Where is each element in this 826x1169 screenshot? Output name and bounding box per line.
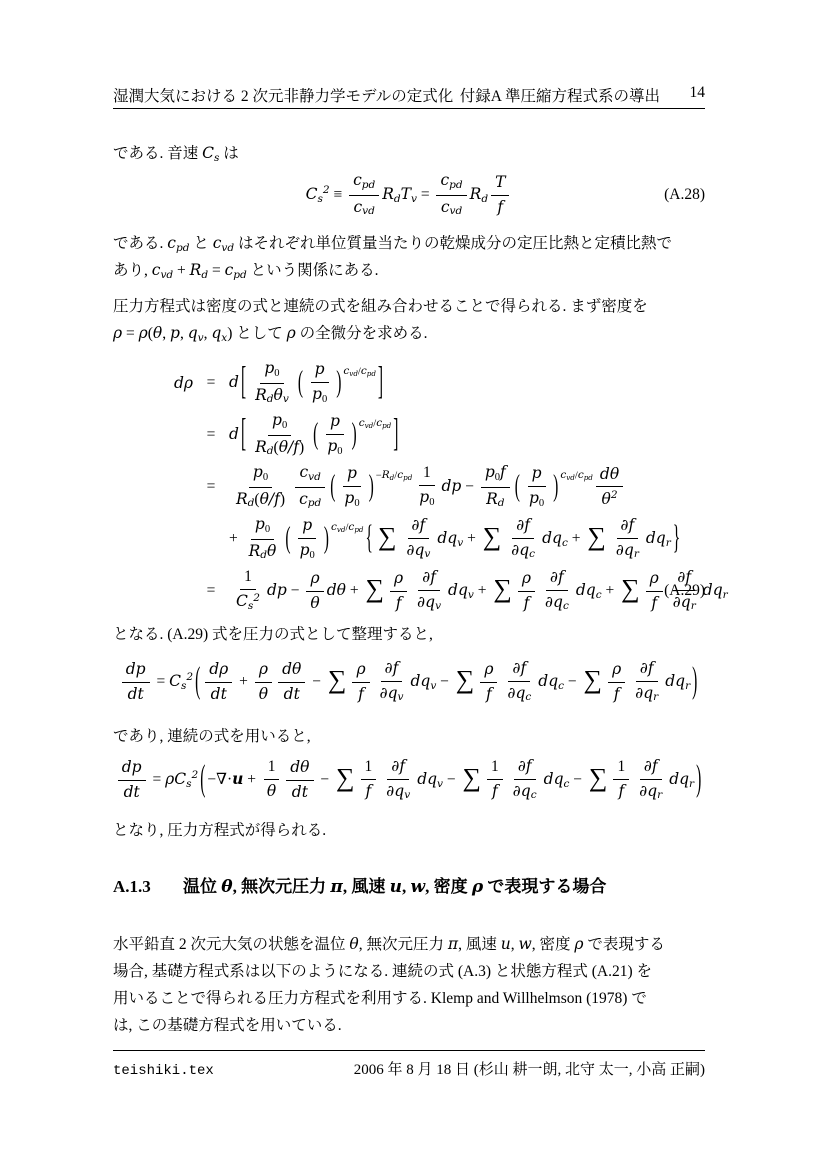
equation-pressure-1-body: dpdt = Cs2(dρdt + ρθdθdt − ∑ρf∂f∂qvdqv −… [119, 659, 700, 705]
paragraph-line: 用いることで得られる圧力方程式を利用する. Klemp and Willhelm… [113, 985, 705, 1012]
page-header: 湿潤大気における 2 次元非静力学モデルの定式化 付録A 準圧縮方程式系の導出 … [113, 84, 705, 109]
equation-relation: = [193, 374, 229, 392]
paragraph-line: あり, cvd + Rd = cpd という関係にある. [113, 257, 705, 284]
equation-rhs: + p0Rdθ(pp0)cvd/cpd{∑∂f∂qvdqv + ∑∂f∂qcdq… [229, 515, 682, 563]
paragraph-conclusion: となり, 圧力方程式が得られる. [113, 817, 705, 844]
equation-rhs: p0Rd(θ/f)cvdcpd(pp0)−Rd/cpd1p0dp − p0fRd… [229, 463, 626, 511]
equation-a29-line-4: + p0Rdθ(pp0)cvd/cpd{∑∂f∂qvdqv + ∑∂f∂qcdq… [113, 513, 705, 565]
equation-pressure-2: dpdt = ρCs2(−∇·u + 1θdθdt − ∑1f∂f∂qvdqv … [113, 748, 705, 812]
paragraph-a29-transition: となる. (A.29) 式を圧力の式として整理すると, [113, 621, 705, 648]
footer-date-authors: 2006 年 8 月 18 日 (杉山 耕一朗, 北守 太一, 小高 正嗣) [354, 1058, 705, 1079]
equation-a29: dρ = d[p0Rdθv(pp0)cvd/cpd] = d[p0Rd(θ/f)… [113, 357, 705, 617]
equation-rhs: 1Cs2dp − ρθdθ + ∑ρf∂f∂qvdqv + ∑ρf∂f∂qcdq… [229, 568, 728, 614]
equation-rhs: d[p0Rdθv(pp0)cvd/cpd] [229, 359, 385, 407]
paragraph-line: である. cpd と cvd はそれぞれ単位質量当たりの乾燥成分の定圧比熱と定積… [113, 230, 705, 257]
footer-filename: teishiki.tex [113, 1063, 214, 1079]
paragraph-line: となる. (A.29) 式を圧力の式として整理すると, [113, 626, 433, 643]
section-number: A.1.3 [113, 877, 151, 896]
paragraph-line: となり, 圧力方程式が得られる. [113, 822, 326, 839]
section-title: 温位 θ, 無次元圧力 π, 風速 u, w, 密度 ρ で表現する場合 [183, 877, 606, 896]
paragraph-continuity: であり, 連続の式を用いると, [113, 723, 705, 750]
equation-a29-line-2: = d[p0Rd(θ/f)(pp0)cvd/cpd] [113, 409, 705, 461]
equation-rhs: d[p0Rd(θ/f)(pp0)cvd/cpd] [229, 411, 400, 459]
equation-a29-line-1: dρ = d[p0Rdθv(pp0)cvd/cpd] [113, 357, 705, 409]
paragraph-line: 圧力方程式は密度の式と連続の式を組み合わせることで得られる. まず密度を [113, 293, 705, 320]
page-number: 14 [690, 84, 706, 102]
paragraph-line: は, この基礎方程式を用いている. [113, 1012, 705, 1039]
equation-relation: = [193, 582, 229, 600]
section-heading-a13: A.1.3 温位 θ, 無次元圧力 π, 風速 u, w, 密度 ρ で表現する… [113, 872, 705, 897]
page-footer: teishiki.tex 2006 年 8 月 18 日 (杉山 耕一朗, 北守… [113, 1050, 705, 1079]
equation-pressure-2-body: dpdt = ρCs2(−∇·u + 1θdθdt − ∑1f∂f∂qvdqv … [115, 757, 704, 803]
equation-pressure-1: dpdt = Cs2(dρdt + ρθdθdt − ∑ρf∂f∂qvdqv −… [113, 650, 705, 714]
equation-a29-line-3: = p0Rd(θ/f)cvdcpd(pp0)−Rd/cpd1p0dp − p0f… [113, 461, 705, 513]
running-title-left: 湿潤大気における 2 次元非静力学モデルの定式化 [113, 84, 453, 106]
equation-relation: = [193, 478, 229, 496]
paragraph-line: 水平鉛直 2 次元大気の状態を温位 θ, 無次元圧力 π, 風速 u, w, 密… [113, 931, 705, 958]
paragraph-line: である. 音速 Cs は [113, 145, 239, 162]
equation-lhs: dρ [113, 374, 193, 393]
equation-a28-tag: (A.28) [664, 186, 705, 204]
paragraph-pressure-derivation: 圧力方程式は密度の式と連続の式を組み合わせることで得られる. まず密度を ρ =… [113, 293, 705, 347]
equation-a28-body: Cs2 ≡ cpdcvdRdTv = cpdcvdRdTf [306, 171, 513, 219]
equation-relation: = [193, 426, 229, 444]
equation-a29-line-5: = 1Cs2dp − ρθdθ + ∑ρf∂f∂qvdqv + ∑ρf∂f∂qc… [113, 565, 705, 617]
paragraph-line: 場合, 基礎方程式系は以下のようになる. 連続の式 (A.3) と状態方程式 (… [113, 958, 705, 985]
paragraph-line: であり, 連続の式を用いると, [113, 728, 311, 745]
equation-a29-tag: (A.29) [664, 582, 705, 600]
paragraph-line: ρ = ρ(θ, p, qv, qx) として ρ の全微分を求める. [113, 320, 705, 347]
paragraph-a13-intro: 水平鉛直 2 次元大気の状態を温位 θ, 無次元圧力 π, 風速 u, w, 密… [113, 931, 705, 1039]
equation-a28: Cs2 ≡ cpdcvdRdTv = cpdcvdRdTf (A.28) [113, 164, 705, 226]
document-page: 湿潤大気における 2 次元非静力学モデルの定式化 付録A 準圧縮方程式系の導出 … [0, 0, 826, 1169]
running-title-right: 付録A 準圧縮方程式系の導出 [460, 84, 660, 106]
paragraph-specific-heats: である. cpd と cvd はそれぞれ単位質量当たりの乾燥成分の定圧比熱と定積… [113, 230, 705, 284]
